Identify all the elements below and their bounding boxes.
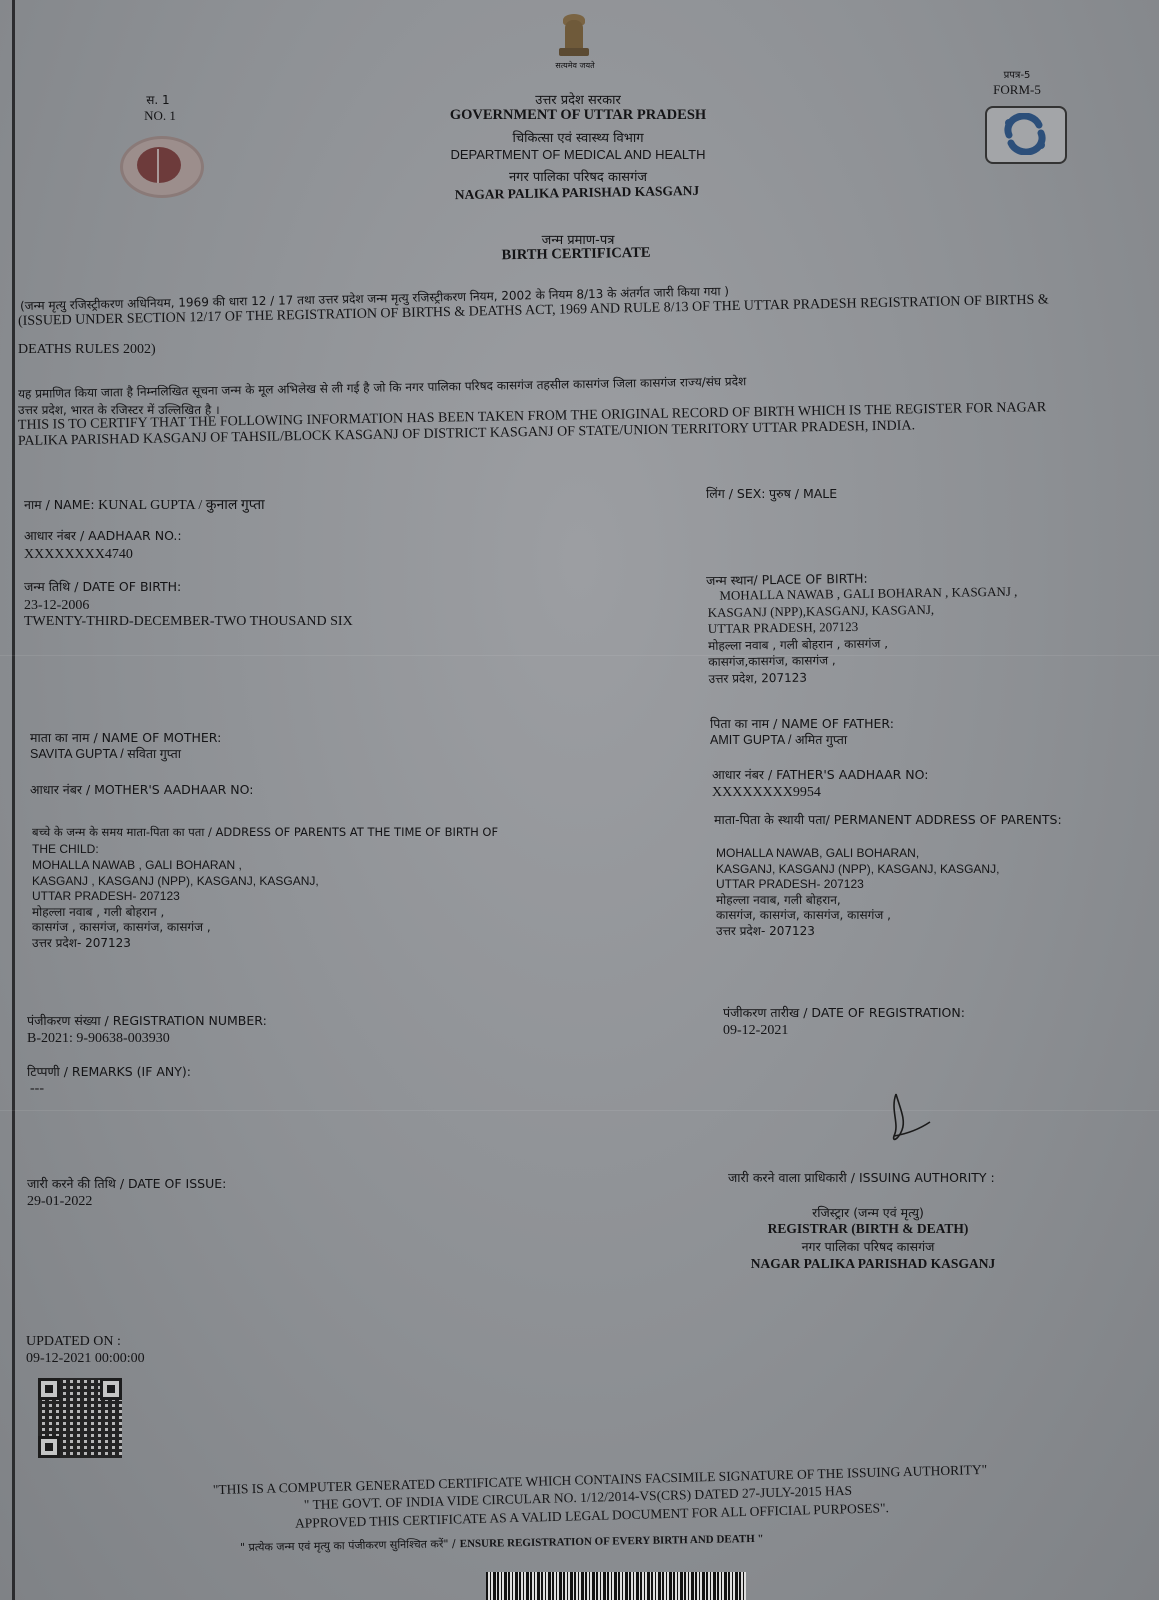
emblem-caption: सत्यमेव जयते (555, 60, 594, 71)
issuing-authority-label: जारी करने वाला प्राधिकारी / ISSUING AUTH… (728, 1169, 995, 1186)
serial-en: NO. 1 (144, 108, 176, 124)
address-at-birth-label-1: बच्चे के जन्म के समय माता-पिता का पता / … (32, 825, 498, 840)
body-en: NAGAR PALIKA PARISHAD KASGANJ (455, 183, 700, 203)
address-line: मोहल्ला नवाब, गली बोहरान, (716, 893, 999, 909)
father-name-value: AMIT GUPTA / अमित गुप्ता (710, 732, 847, 749)
updated-on-label: UPDATED ON : (26, 1333, 121, 1350)
fold-line (0, 1110, 1159, 1111)
page-title: BIRTH CERTIFICATE (501, 245, 650, 265)
slogan-en: ENSURE REGISTRATION OF EVERY BIRTH AND D… (460, 1533, 764, 1550)
signature-icon (888, 1090, 932, 1150)
place-of-birth-value: MOHALLA NAWAB , GALI BOHARAN , KASGANJ ,… (707, 584, 1018, 687)
registrar-en: REGISTRAR (BIRTH & DEATH) (768, 1221, 969, 1237)
remarks-value: --- (30, 1080, 44, 1097)
sex-label: लिंग / SEX: (706, 486, 766, 501)
form-en: FORM-5 (993, 82, 1041, 98)
crs-logo-icon (985, 106, 1067, 164)
dept-en: DEPARTMENT OF MEDICAL AND HEALTH (451, 147, 706, 162)
issue-date-label: जारी करने की तिथि / DATE OF ISSUE: (27, 1175, 226, 1192)
body-hi: नगर पालिका परिषद कासगंज (509, 167, 647, 185)
authority-body-en: NAGAR PALIKA PARISHAD KASGANJ (751, 1256, 995, 1272)
registration-number-label: पंजीकरण संख्या / REGISTRATION NUMBER: (27, 1012, 267, 1029)
father-aadhaar-value: XXXXXXXX9954 (712, 784, 821, 801)
form-hi: प्रपत्र-5 (1004, 67, 1031, 81)
address-at-birth-label-2: THE CHILD: (32, 842, 99, 856)
slogan-hi: " प्रत्येक जन्म एवं मृत्यु का पंजीकरण सु… (240, 1537, 456, 1554)
sex-value: पुरुष / MALE (769, 486, 837, 501)
authority-body-hi: नगर पालिका परिषद कासगंज (802, 1238, 935, 1255)
dept-hi: चिकित्सा एवं स्वास्थ्य विभाग (512, 128, 643, 146)
registration-number-value: B-2021: 9-90638-003930 (27, 1030, 170, 1047)
dob-value: 23-12-2006 (24, 597, 89, 614)
address-line: MOHALLA NAWAB , GALI BOHARAN , (32, 858, 319, 874)
mother-name-label: माता का नाम / NAME OF MOTHER: (30, 729, 221, 746)
address-line: कासगंज, कासगंज, कासगंज, कासगंज , (716, 908, 999, 924)
permanent-address-label: माता-पिता के स्थायी पता/ PERMANENT ADDRE… (714, 811, 1062, 828)
permanent-address-value: MOHALLA NAWAB, GALI BOHARAN, KASGANJ, KA… (716, 846, 999, 939)
aadhaar-value: XXXXXXXX4740 (24, 546, 133, 563)
barcode (486, 1572, 746, 1600)
name-field: नाम / NAME: KUNAL GUPTA / कुनाल गुप्ता (24, 496, 265, 514)
address-line: MOHALLA NAWAB, GALI BOHARAN, (716, 846, 999, 862)
sex-field: लिंग / SEX: पुरुष / MALE (706, 485, 837, 503)
footer-slogan: " प्रत्येक जन्म एवं मृत्यु का पंजीकरण सु… (240, 1529, 764, 1556)
birth-certificate: सत्यमेव जयते स. 1 NO. 1 प्रपत्र-5 FORM-5… (0, 0, 1159, 1600)
govt-hi: उत्तर प्रदेश सरकार (535, 90, 621, 108)
qr-code (38, 1378, 122, 1458)
paper-edge (12, 0, 15, 1600)
updated-on-value: 09-12-2021 00:00:00 (26, 1350, 145, 1367)
father-aadhaar-label: आधार नंबर / FATHER'S AADHAAR NO: (712, 766, 928, 783)
dob-words: TWENTY-THIRD-DECEMBER-TWO THOUSAND SIX (24, 613, 353, 630)
address-line: UTTAR PRADESH- 207123 (716, 877, 999, 893)
govt-en: GOVERNMENT OF UTTAR PRADESH (450, 107, 706, 124)
issued-under-en-2: DEATHS RULES 2002) (18, 342, 156, 358)
mother-aadhaar-label: आधार नंबर / MOTHER'S AADHAAR NO: (30, 781, 253, 798)
dob-label: जन्म तिथि / DATE OF BIRTH: (24, 578, 181, 595)
remarks-label: टिप्पणी / REMARKS (IF ANY): (27, 1063, 191, 1080)
address-line: उत्तर प्रदेश- 207123 (716, 924, 999, 940)
aadhaar-label: आधार नंबर / AADHAAR NO.: (24, 527, 182, 544)
certify-hi-1: यह प्रमाणित किया जाता है निम्नलिखित सूचन… (18, 373, 746, 402)
address-line: कासगंज , कासगंज, कासगंज, कासगंज , (32, 920, 319, 936)
national-emblem-icon (557, 12, 591, 62)
father-name-label: पिता का नाम / NAME OF FATHER: (710, 715, 894, 732)
address-at-birth-value: MOHALLA NAWAB , GALI BOHARAN , KASGANJ ,… (32, 858, 319, 951)
registrar-hi: रजिस्ट्रार (जन्म एवं मृत्यु) (812, 1204, 924, 1221)
name-value: KUNAL GUPTA / कुनाल गुप्ता (98, 498, 265, 513)
registration-date-label: पंजीकरण तारीख / DATE OF REGISTRATION: (723, 1004, 965, 1021)
up-government-seal-icon (120, 136, 204, 198)
registration-date-value: 09-12-2021 (723, 1022, 788, 1039)
address-line: KASGANJ, KASGANJ (NPP), KASGANJ, KASGANJ… (716, 862, 999, 878)
address-line: उत्तर प्रदेश- 207123 (32, 936, 319, 952)
address-line: UTTAR PRADESH- 207123 (32, 889, 319, 905)
issue-date-value: 29-01-2022 (27, 1193, 92, 1210)
serial-hi: स. 1 (146, 91, 169, 108)
mother-name-value: SAVITA GUPTA / सविता गुप्ता (30, 746, 181, 763)
address-line: मोहल्ला नवाब , गली बोहरान , (32, 905, 319, 921)
address-line: KASGANJ , KASGANJ (NPP), KASGANJ, KASGAN… (32, 874, 319, 890)
name-label: नाम / NAME: (24, 497, 95, 512)
